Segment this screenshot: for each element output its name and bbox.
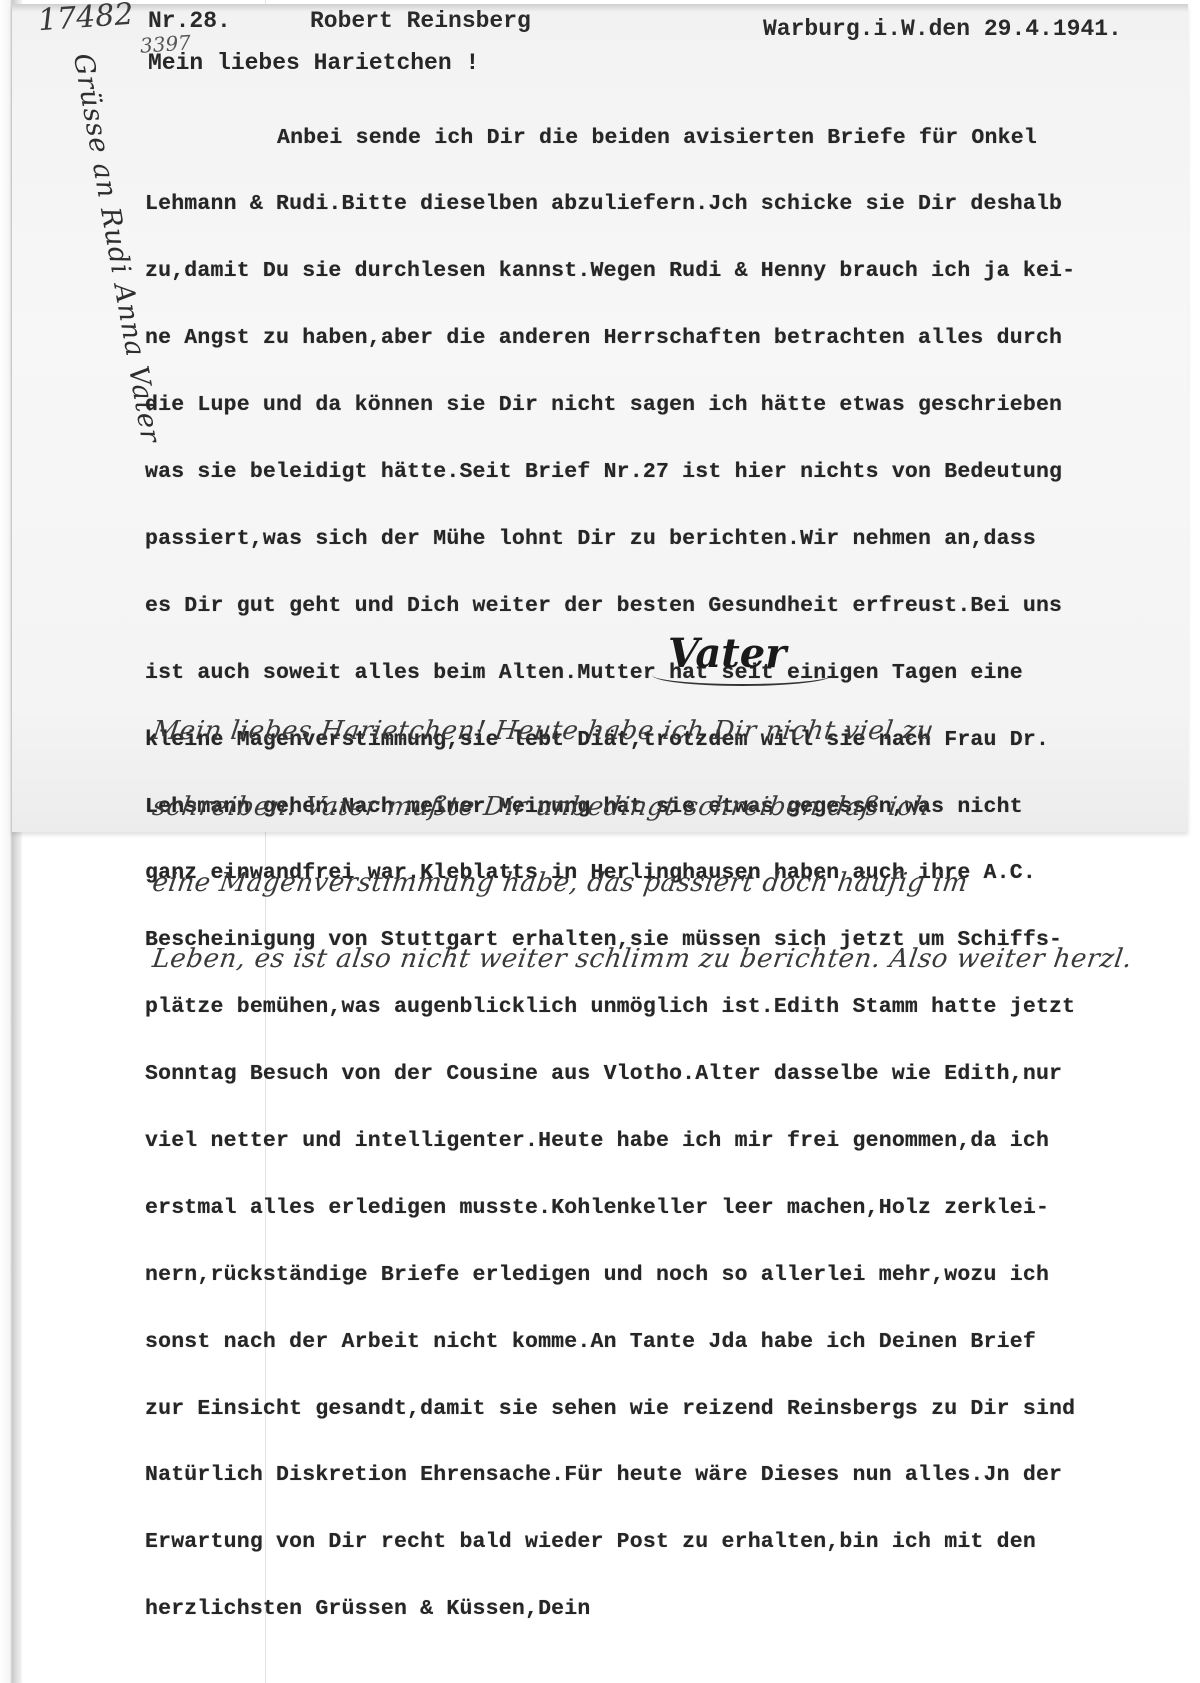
body-line: Natürlich Diskretion Ehrensache.Für heut… [145,1464,1075,1486]
body-line: zu,damit Du sie durchlesen kannst.Wegen … [145,260,1075,282]
body-line: erstmal alles erledigen musste.Kohlenkel… [145,1197,1075,1219]
letter-header: Nr.28. Robert Reinsberg Warburg.i.W.den … [148,8,1108,42]
body-line: herzlichsten Grüssen & Küssen,Dein [145,1598,1075,1620]
body-line: ne Angst zu haben,aber die anderen Herrs… [145,327,1075,349]
salutation: Mein liebes Harietchen ! [148,50,479,76]
archive-catalog-number: 17482 [37,0,135,38]
handwritten-postscript: Mein liebes Harietchen! Heute habe ich D… [152,678,1132,1001]
postscript-line: Leben, es ist also nicht weiter schlimm … [149,944,1134,982]
postscript-line: Mein liebes Harietchen! Heute habe ich D… [149,716,1134,754]
body-line: es Dir gut geht und Dich weiter der best… [145,595,1075,617]
body-line: zur Einsicht gesandt,damit sie sehen wie… [145,1398,1075,1420]
postscript-line: eine Magenverstimmung habe, das passiert… [149,868,1134,906]
letter-number: Nr.28. [148,8,231,34]
place-and-date: Warburg.i.W.den 29.4.1941. [763,16,1122,42]
body-line: Erwartung von Dir recht bald wieder Post… [145,1531,1075,1553]
body-line: die Lupe und da können sie Dir nicht sag… [145,394,1075,416]
body-line: viel netter und intelligenter.Heute habe… [145,1130,1075,1152]
body-line: Lehmann & Rudi.Bitte dieselben abzuliefe… [145,193,1075,215]
body-line: was sie beleidigt hätte.Seit Brief Nr.27… [145,461,1075,483]
body-line: passiert,was sich der Mühe lohnt Dir zu … [145,528,1075,550]
body-line: nern,rückständige Briefe erledigen und n… [145,1264,1075,1286]
postscript-line: schreiben. Vater mußte Dir unbedingt sch… [149,792,1134,830]
body-line: Sonntag Besuch von der Cousine aus Vloth… [145,1063,1075,1085]
sender-name: Robert Reinsberg [310,8,531,34]
body-line: Anbei sende ich Dir die beiden avisierte… [145,127,1075,149]
body-line: sonst nach der Arbeit nicht komme.An Tan… [145,1331,1075,1353]
